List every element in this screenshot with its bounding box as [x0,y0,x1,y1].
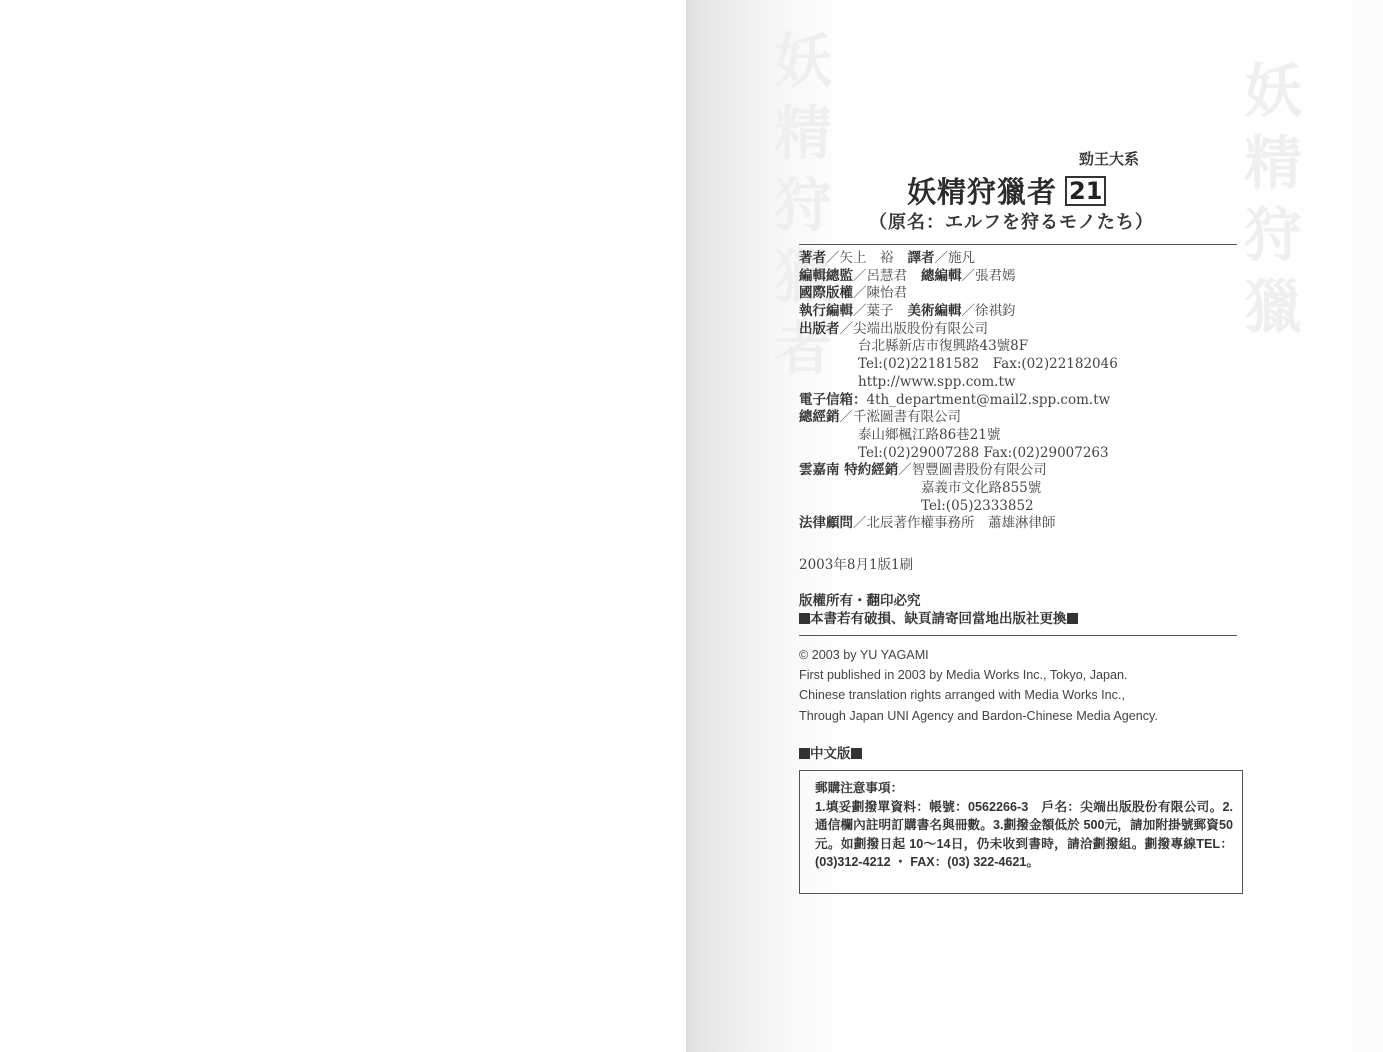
legal-label: 法律顧問 [799,515,853,531]
divider [799,244,1237,245]
regional-distributor-phone: Tel:(05)2333852 [799,498,1118,516]
distributor-row: 總經銷／千淞圖書有限公司 [799,409,1118,427]
separator: ／ [962,303,976,319]
rights-notice: 版權所有・翻印必究 [799,589,921,609]
credit-row: 執行編輯／葉子美術編輯／徐祺鈞 [799,303,1118,321]
credit-value: 尖端出版股份有限公司 [853,321,988,337]
original-title: （原名：エルフを狩るモノたち） [869,208,1154,234]
mail-order-notice-box: 郵購注意事項： 1.填妥劃撥單資料：帳號：0562266-3 戶名：尖端出版股份… [799,770,1243,894]
email-row: 電子信箱：4th_department@mail2.spp.com.tw [799,392,1118,410]
black-square-icon [799,613,810,624]
legal-row: 法律顧問／北辰著作權事務所 蕭雄淋律師 [799,515,1118,533]
printing-date: 2003年8月1版1刷 [799,553,913,573]
separator: ／ [853,303,867,319]
black-square-icon [799,748,810,759]
book-title-row: 妖精狩獵者 21 [907,170,1106,211]
separator: ／ [853,268,867,284]
credit-value: 呂慧君 [867,268,908,284]
separator: ／ [826,250,840,266]
separator: ／ [853,285,867,301]
regional-distributor-label: 雲嘉南 特約經銷 [799,462,898,478]
separator: ／ [853,515,867,531]
credit-value: 葉子 [867,303,894,319]
email-label: 電子信箱： [799,392,867,408]
first-published-line: First published in 2003 by Media Works I… [799,665,1158,685]
credit-row-publisher: 出版者／尖端出版股份有限公司 [799,321,1118,339]
distributor-label: 總經銷 [799,409,840,425]
edition-label-row: 中文版 [799,742,862,762]
distributor-phone-fax: Tel:(02)29007288 Fax:(02)29007263 [799,445,1118,463]
credit-value: 陳怡君 [867,285,908,301]
black-square-icon [1067,613,1078,624]
credit-label: 編輯總監 [799,268,853,284]
left-blank-page [0,0,686,1052]
credit-row: 著者／矢上 裕譯者／施凡 [799,250,1118,268]
credit-value: 張君嫣 [975,268,1016,284]
publisher-address: 台北縣新店市復興路43號8F [799,338,1118,356]
credit-value: 矢上 裕 [840,250,894,266]
credit-row: 國際版權／陳怡君 [799,285,1118,303]
legal-value: 北辰著作權事務所 蕭雄淋律師 [867,515,1056,531]
black-square-icon [851,748,862,759]
regional-distributor-name: 智豐圖書股份有限公司 [912,462,1047,478]
damage-notice-row: 本書若有破損、缺頁請寄回當地出版社更換 [799,607,1078,627]
mail-order-body: 1.填妥劃撥單資料：帳號：0562266-3 戶名：尖端出版股份有限公司。2.通… [815,798,1233,872]
distributor-name: 千淞圖書有限公司 [853,409,961,425]
publisher-phone-fax: Tel:(02)22181582 Fax:(02)22182046 [799,356,1118,374]
separator: ／ [962,268,976,284]
translation-rights-line: Chinese translation rights arranged with… [799,685,1158,705]
distributor-address: 泰山鄉楓江路86巷21號 [799,427,1118,445]
english-rights-block: © 2003 by YU YAGAMI First published in 2… [799,645,1158,726]
separator: ／ [840,321,854,337]
mail-order-heading: 郵購注意事項： [815,779,1233,798]
credit-label: 著者 [799,250,826,266]
copyright-line: © 2003 by YU YAGAMI [799,645,1158,665]
credit-label: 譯者 [908,250,935,266]
separator: ／ [898,462,912,478]
series-name: 勁王大系 [1079,148,1139,169]
credit-label: 國際版權 [799,285,853,301]
divider [799,635,1237,636]
damage-notice: 本書若有破損、缺頁請寄回當地出版社更換 [810,611,1067,627]
separator: ／ [935,250,949,266]
credit-label: 總編輯 [921,268,962,284]
credit-value: 徐祺鈞 [975,303,1016,319]
credit-label: 美術編輯 [908,303,962,319]
publisher-website: http://www.spp.com.tw [799,374,1118,392]
edition-label: 中文版 [810,746,851,762]
regional-distributor-row: 雲嘉南 特約經銷／智豐圖書股份有限公司 [799,462,1118,480]
book-title: 妖精狩獵者 [907,170,1057,211]
credits-block: 著者／矢上 裕譯者／施凡 編輯總監／呂慧君總編輯／張君嫣 國際版權／陳怡君 執行… [799,250,1118,533]
credit-label: 出版者 [799,321,840,337]
credit-row: 編輯總監／呂慧君總編輯／張君嫣 [799,268,1118,286]
volume-number: 21 [1065,176,1106,206]
separator: ／ [840,409,854,425]
email-value: 4th_department@mail2.spp.com.tw [867,392,1111,408]
credit-label: 執行編輯 [799,303,853,319]
agency-line: Through Japan UNI Agency and Bardon-Chin… [799,706,1158,726]
regional-distributor-address: 嘉義市文化路855號 [799,480,1118,498]
credit-value: 施凡 [948,250,975,266]
bleed-through-text: 妖精狩獵 [1226,60,1310,348]
